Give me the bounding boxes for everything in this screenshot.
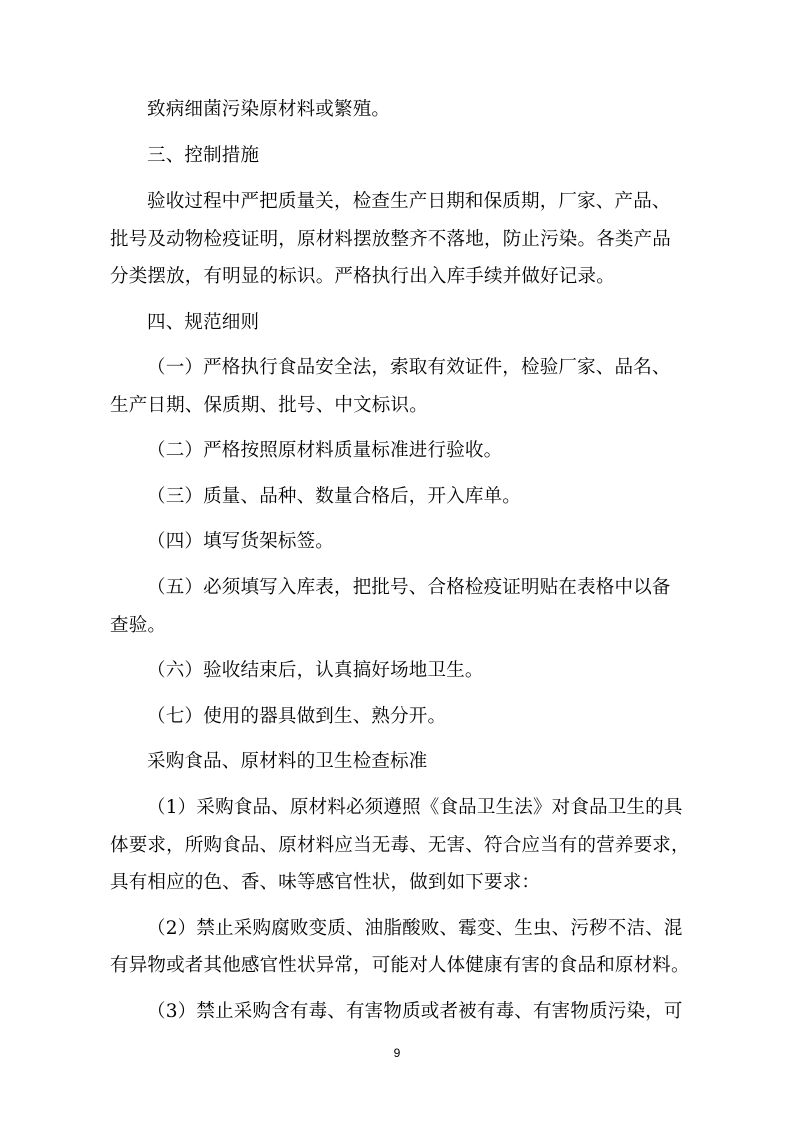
text-line: （七）使用的器具做到生、熟分开。 — [147, 705, 446, 729]
document-page: 致病细菌污染原材料或繁殖。三、控制措施验收过程中严把质量关，检查生产日期和保质期… — [0, 0, 794, 1122]
text-line: （三）质量、品种、数量合格后，开入库单。 — [147, 485, 521, 509]
text-line: （一）严格执行食品安全法，索取有效证件，检验厂家、品名、 — [147, 356, 671, 380]
text-line: 批号及动物检疫证明，原材料摆放整齐不落地，防止污染。各类产品 — [110, 228, 671, 252]
text-line: 生产日期、保质期、批号、中文标识。 — [110, 394, 428, 418]
text-line: 体要求，所购食品、原材料应当无毒、无害、符合应当有的营养要求， — [110, 834, 690, 858]
text-line: 有异物或者其他感官性状异常，可能对人体健康有害的食品和原材料。 — [110, 954, 690, 978]
text-line: 查验。 — [110, 614, 166, 638]
text-line: 三、控制措施 — [147, 144, 259, 168]
text-line: 验收过程中严把质量关，检查生产日期和保质期，厂家、产品、 — [147, 190, 671, 214]
text-line: （1）采购食品、原材料必须遵照《食品卫生法》对食品卫生的具 — [147, 796, 683, 820]
text-line: （六）验收结束后，认真搞好场地卫生。 — [147, 659, 484, 683]
text-line: 致病细菌污染原材料或繁殖。 — [147, 98, 390, 122]
text-line: （四）填写货架标签。 — [147, 530, 334, 554]
text-line: 采购食品、原材料的卫生检查标准 — [147, 750, 428, 774]
page-number: 9 — [0, 1046, 794, 1060]
text-line: 具有相应的色、香、味等感官性状，做到如下要求： — [110, 871, 540, 895]
text-line: 四、规范细则 — [147, 311, 259, 335]
text-line: （2）禁止采购腐败变质、油脂酸败、霉变、生虫、污秽不洁、混 — [147, 917, 683, 941]
text-line: （3）禁止采购含有毒、有害物质或者被有毒、有害物质污染，可 — [147, 1000, 683, 1024]
text-line: （五）必须填写入库表，把批号、合格检疫证明贴在表格中以备 — [147, 576, 671, 600]
text-line: 分类摆放，有明显的标识。严格执行出入库手续并做好记录。 — [110, 265, 615, 289]
text-line: （二）严格按照原材料质量标准进行验收。 — [147, 439, 502, 463]
